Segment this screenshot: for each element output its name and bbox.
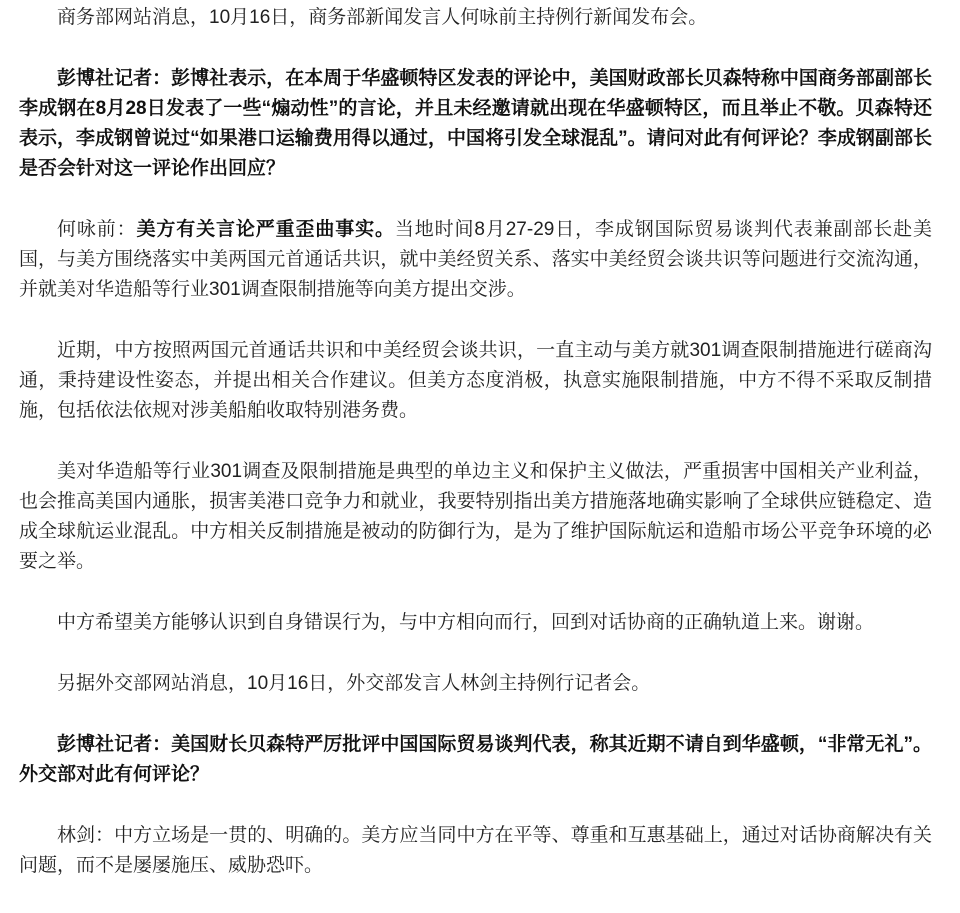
paragraph-2: 彭博社记者：彭博社表示，在本周于华盛顿特区发表的评论中，美国财政部长贝森特称中国… bbox=[19, 64, 932, 184]
text-run: 近期，中方按照两国元首通话共识和中美经贸会谈共识，一直主动与美方就301调查限制… bbox=[19, 340, 932, 421]
bold-text-run: 彭博社记者：美国财长贝森特严厉批评中国国际贸易谈判代表，称其近期不请自到华盛顿，… bbox=[19, 734, 932, 785]
paragraph-4: 近期，中方按照两国元首通话共识和中美经贸会谈共识，一直主动与美方就301调查限制… bbox=[19, 336, 932, 426]
bold-text-run: 美方有关言论严重歪曲事实。 bbox=[137, 219, 395, 240]
paragraph-8: 彭博社记者：美国财长贝森特严厉批评中国国际贸易谈判代表，称其近期不请自到华盛顿，… bbox=[19, 730, 932, 790]
paragraph-3: 何咏前：美方有关言论严重歪曲事实。当地时间8月27-29日，李成钢国际贸易谈判代… bbox=[19, 215, 932, 305]
text-run: 另据外交部网站消息，10月16日，外交部发言人林剑主持例行记者会。 bbox=[57, 673, 650, 694]
paragraph-9: 林剑：中方立场是一贯的、明确的。美方应当同中方在平等、尊重和互惠基础上，通过对话… bbox=[19, 821, 932, 881]
text-run: 何咏前： bbox=[57, 219, 137, 240]
text-run: 商务部网站消息，10月16日，商务部新闻发言人何咏前主持例行新闻发布会。 bbox=[57, 7, 707, 28]
paragraph-1: 商务部网站消息，10月16日，商务部新闻发言人何咏前主持例行新闻发布会。 bbox=[19, 3, 932, 33]
document-page: { "page": { "background": "#ffffff", "te… bbox=[0, 0, 960, 913]
paragraph-6: 中方希望美方能够认识到自身错误行为，与中方相向而行，回到对话协商的正确轨道上来。… bbox=[19, 608, 932, 638]
bold-text-run: 彭博社记者：彭博社表示，在本周于华盛顿特区发表的评论中，美国财政部长贝森特称中国… bbox=[19, 68, 932, 179]
article-body: 商务部网站消息，10月16日，商务部新闻发言人何咏前主持例行新闻发布会。彭博社记… bbox=[0, 0, 960, 881]
text-run: 林剑：中方立场是一贯的、明确的。美方应当同中方在平等、尊重和互惠基础上，通过对话… bbox=[19, 825, 932, 876]
text-run: 美对华造船等行业301调查及限制措施是典型的单边主义和保护主义做法，严重损害中国… bbox=[19, 461, 932, 572]
paragraph-7: 另据外交部网站消息，10月16日，外交部发言人林剑主持例行记者会。 bbox=[19, 669, 932, 699]
paragraph-5: 美对华造船等行业301调查及限制措施是典型的单边主义和保护主义做法，严重损害中国… bbox=[19, 457, 932, 577]
text-run: 中方希望美方能够认识到自身错误行为，与中方相向而行，回到对话协商的正确轨道上来。… bbox=[57, 612, 874, 633]
